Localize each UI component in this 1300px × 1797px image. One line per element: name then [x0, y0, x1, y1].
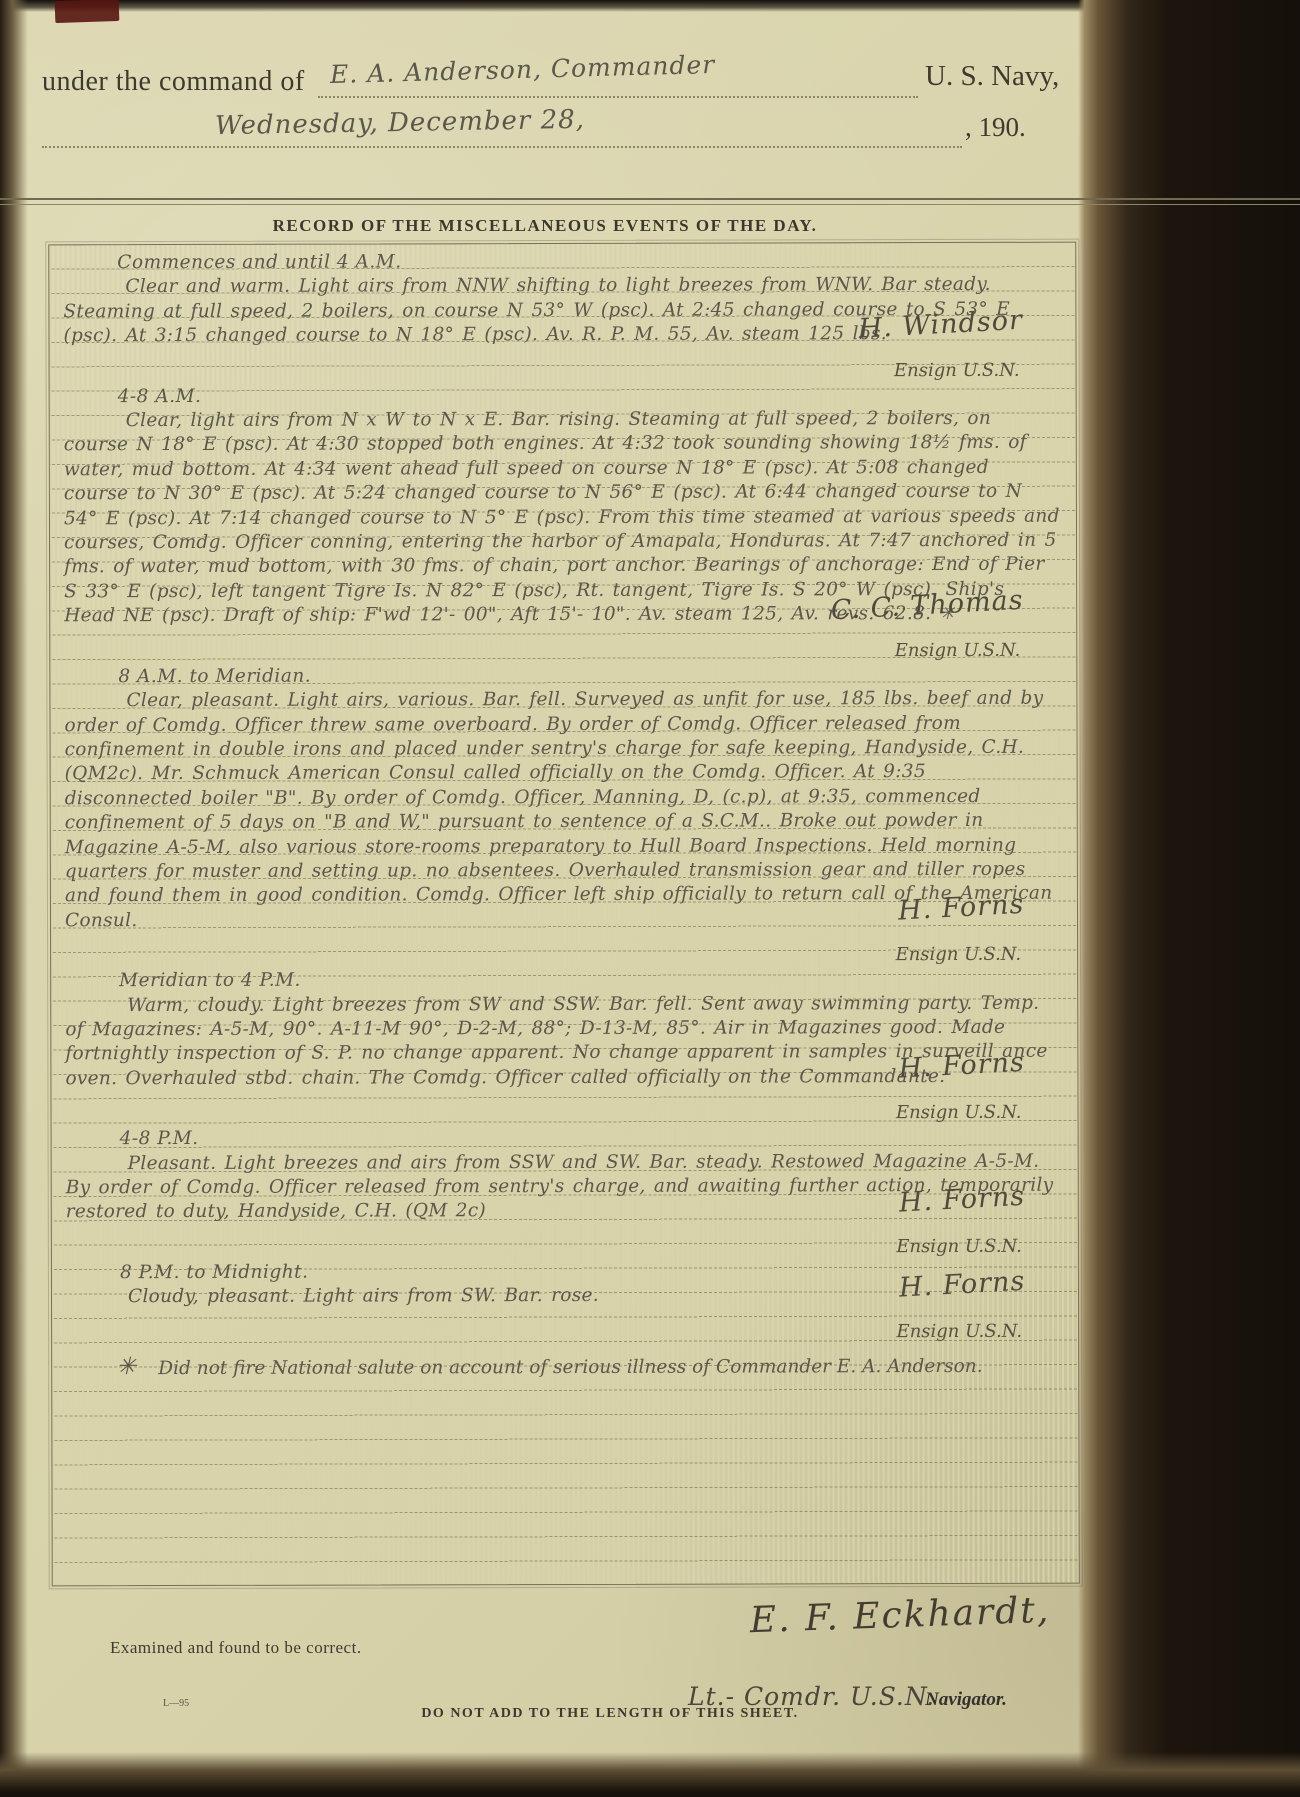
log-entry-4-8pm: 4-8 P.M. Pleasant. Light breezes and air… [66, 1125, 1062, 1259]
red-spine-label [55, 0, 120, 23]
book-page-edges [1078, 0, 1300, 1797]
navy-suffix-label: U. S. Navy, [925, 60, 1059, 93]
watch-heading: Commences and until 4 A.M. [117, 249, 1059, 276]
events-record-box: Commences and until 4 A.M. Clear and war… [48, 242, 1080, 1587]
navigator-signature: E. F. Eckhardt, [699, 1588, 1100, 1643]
watch-heading: Meridian to 4 P.M. [119, 967, 1061, 994]
watch-heading: 8 A.M. to Meridian. [118, 662, 1060, 689]
log-entry-8pm-midnight: 8 P.M. to Midnight. Cloudy, pleasant. Li… [66, 1259, 1062, 1344]
page-title: RECORD OF THE MISCELLANEOUS EVENTS OF TH… [0, 216, 1090, 236]
log-entry-midnight-to-4am: Commences and until 4 A.M. Clear and war… [63, 249, 1059, 383]
date-dotted-line [42, 146, 962, 148]
footnote-text: Did not fire National salute on account … [158, 1356, 982, 1379]
signature-block: H. Forns Ensign U.S.N. [65, 915, 1025, 968]
watch-heading: 4-8 P.M. [120, 1125, 1062, 1152]
salute-footnote: ✳Did not fire National salute on account… [116, 1351, 1062, 1381]
header-rule-bottom [0, 204, 1300, 205]
form-number: L—95 [163, 1698, 189, 1709]
scan-edge-bottom [0, 1752, 1300, 1797]
year-printed-label: , 190. [965, 112, 1026, 143]
navigator-printed-label: Navigator. [925, 1689, 1007, 1710]
scan-edge-left [0, 0, 28, 1797]
log-entry-meridian-4pm: Meridian to 4 P.M. Warm, cloudy. Light b… [65, 967, 1061, 1126]
length-warning: DO NOT ADD TO THE LENGTH OF THIS SHEET. [330, 1706, 890, 1722]
log-entry-8am-meridian: 8 A.M. to Meridian. Clear, pleasant. Lig… [64, 662, 1061, 967]
watch-heading: 4-8 A.M. [118, 382, 1060, 409]
logbook-page: under the command of E. A. Anderson, Com… [0, 0, 1300, 1797]
command-prefix-label: under the command of [42, 66, 305, 97]
command-dotted-line [318, 96, 918, 98]
logbook-scan: { "page": { "colors": { "paper": "#d8d3a… [0, 0, 1300, 1797]
header-rule-top [0, 198, 1300, 200]
asterisk-marker: ✳ [116, 1352, 136, 1380]
date-handwriting: Wednesday, December 28, [215, 105, 585, 141]
examined-statement: Examined and found to be correct. [110, 1638, 362, 1658]
log-entry-4-8am: 4-8 A.M. Clear, light airs from N x W to… [64, 382, 1061, 663]
